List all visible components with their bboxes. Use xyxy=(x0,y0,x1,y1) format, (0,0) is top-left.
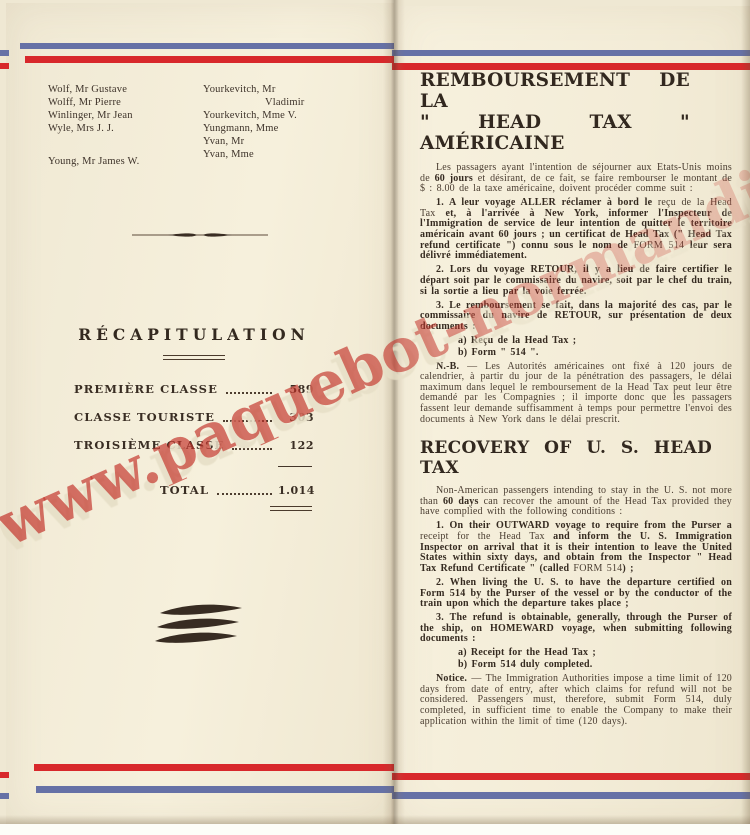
under-page-red-stripe xyxy=(0,63,9,69)
paragraph: N.-B. — Les Autorités américaines ont fi… xyxy=(420,362,732,426)
top-blue-stripe xyxy=(392,50,750,56)
double-rule xyxy=(163,355,225,360)
dotted-leader xyxy=(226,392,272,394)
paragraph: a) Reçu de la Head Tax ; xyxy=(420,336,732,347)
top-blue-stripe xyxy=(20,43,394,49)
passenger-name: Wolff, Mr Pierre xyxy=(48,96,140,109)
bottom-blue-stripe xyxy=(392,792,750,799)
passenger-column-left: Wolf, Mr GustaveWolff, Mr PierreWinlinge… xyxy=(48,83,140,168)
paragraph: 1. A leur voyage ALLER réclamer à bord l… xyxy=(420,198,732,262)
leaf-ornament-icon xyxy=(152,602,246,650)
bottom-page-shadow xyxy=(0,815,750,824)
passenger-name: Yourkevitch, Mr xyxy=(203,83,305,96)
passenger-name: Yourkevitch, Mme V. xyxy=(203,109,305,122)
passenger-name: Yungmann, Mme xyxy=(203,122,305,135)
title-line: " HEAD TAX " AMÉRICAINE xyxy=(420,112,690,154)
class-label: CLASSE TOURISTE xyxy=(74,410,215,424)
total-row: TOTAL 1.014 xyxy=(74,483,314,497)
dotted-leader xyxy=(232,448,272,450)
text-column: REMBOURSEMENT DE LA " HEAD TAX " AMÉRICA… xyxy=(420,70,732,731)
paragraph: 2. Lors du voyage RETOUR, il y a lieu de… xyxy=(420,265,732,297)
class-count: 122 xyxy=(278,439,314,452)
bottom-blue-stripe xyxy=(36,786,394,793)
paragraph: 3. The refund is obtainable, generally, … xyxy=(420,613,732,645)
class-label: TROISIÈME CLASSE xyxy=(74,438,224,452)
page-edge-shadow xyxy=(741,0,750,835)
passenger-name: Wyle, Mrs J. J. xyxy=(48,122,140,135)
english-section-title: RECOVERY OF U. S. HEAD TAX xyxy=(420,438,712,478)
recap-row: TROISIÈME CLASSE 122 xyxy=(74,438,314,452)
dotted-leader xyxy=(217,493,272,495)
subtotal-rule xyxy=(278,466,312,467)
paragraph: Notice. — The Immigration Authorities im… xyxy=(420,674,732,727)
paragraph: Les passagers ayant l'intention de séjou… xyxy=(420,163,732,195)
recap-row: PREMIÈRE CLASSE 589 xyxy=(74,382,314,396)
total-count: 1.014 xyxy=(278,484,314,497)
total-label: TOTAL xyxy=(160,483,209,497)
bottom-red-stripe xyxy=(392,773,750,780)
under-page-blue-stripe xyxy=(0,793,9,799)
bottom-red-stripe xyxy=(34,764,394,771)
passenger-name: Yvan, Mme xyxy=(203,148,305,161)
french-section-body: Les passagers ayant l'intention de séjou… xyxy=(420,163,732,425)
paragraph: b) Form " 514 ". xyxy=(420,348,732,359)
under-page-red-stripe xyxy=(0,772,9,778)
passenger-name: Vladimir xyxy=(203,96,305,109)
recapitulation-block: RÉCAPITULATION PREMIÈRE CLASSE 589 CLASS… xyxy=(74,325,314,511)
page-gutter xyxy=(383,0,405,835)
paragraph: 2. When living the U. S. to have the dep… xyxy=(420,578,732,610)
total-double-rule xyxy=(270,506,312,511)
dotted-leader xyxy=(223,420,272,422)
paragraph: Non-American passengers intending to sta… xyxy=(420,486,732,518)
spindle-divider-icon xyxy=(130,230,270,240)
head-tax-page: REMBOURSEMENT DE LA " HEAD TAX " AMÉRICA… xyxy=(398,6,750,825)
passenger-name: Yvan, Mr xyxy=(203,135,305,148)
recap-title: RÉCAPITULATION xyxy=(74,325,314,344)
scanned-booklet-spread: Wolf, Mr GustaveWolff, Mr PierreWinlinge… xyxy=(0,0,750,835)
under-page-blue-stripe xyxy=(0,50,9,56)
top-red-stripe xyxy=(392,63,750,70)
french-section-title: REMBOURSEMENT DE LA " HEAD TAX " AMÉRICA… xyxy=(420,70,690,154)
passenger-list-page: Wolf, Mr GustaveWolff, Mr PierreWinlinge… xyxy=(6,3,394,825)
class-label: PREMIÈRE CLASSE xyxy=(74,382,218,396)
paragraph: a) Receipt for the Head Tax ; xyxy=(420,648,732,659)
recap-table: PREMIÈRE CLASSE 589 CLASSE TOURISTE 303 … xyxy=(74,382,314,452)
top-red-stripe xyxy=(25,56,394,63)
title-line: REMBOURSEMENT DE LA xyxy=(420,70,690,112)
passenger-column-right: Yourkevitch, MrVladimirYourkevitch, Mme … xyxy=(203,83,305,161)
paragraph: 3. Le remboursement se fait, dans la maj… xyxy=(420,301,732,333)
paragraph: 1. On their OUTWARD voyage to require fr… xyxy=(420,521,732,574)
english-section-body: Non-American passengers intending to sta… xyxy=(420,486,732,727)
passenger-name: Winlinger, Mr Jean xyxy=(48,109,140,122)
recap-row: CLASSE TOURISTE 303 xyxy=(74,410,314,424)
passenger-name: Young, Mr James W. xyxy=(48,155,140,168)
class-count: 589 xyxy=(278,383,314,396)
scanner-background xyxy=(0,824,750,835)
paragraph: b) Form 514 duly completed. xyxy=(420,660,732,671)
passenger-name: Wolf, Mr Gustave xyxy=(48,83,140,96)
class-count: 303 xyxy=(278,411,314,424)
